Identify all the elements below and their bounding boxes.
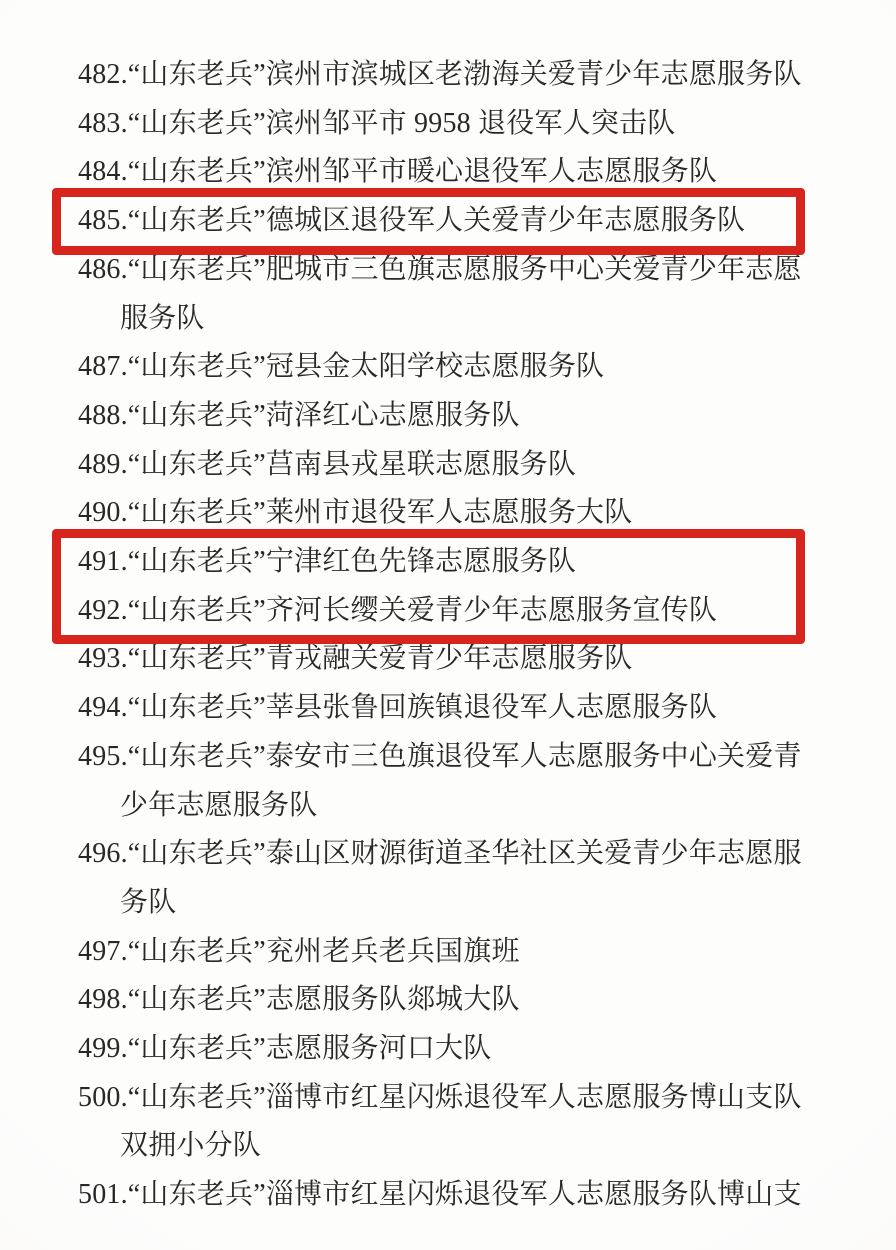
entry-line: 491.“山东老兵”宁津红色先锋志愿服务队 — [78, 538, 796, 587]
entry-continuation-line: 服务队 — [78, 295, 805, 344]
list-entry-483: 483.“山东老兵”滨州邹平市 9958 退役军人突击队 — [78, 100, 805, 149]
list-entry-496: 496.“山东老兵”泰山区财源街道圣华社区关爱青少年志愿服务队 — [78, 830, 805, 927]
entry-continuation-line: 务队 — [78, 879, 805, 928]
entry-line: 500.“山东老兵”淄博市红星闪烁退役军人志愿服务博山支队 — [78, 1074, 805, 1123]
entry-line: 485.“山东老兵”德城区退役军人关爱青少年志愿服务队 — [78, 197, 796, 246]
entry-continuation-line: 双拥小分队 — [78, 1122, 805, 1171]
entry-line: 499.“山东老兵”志愿服务河口大队 — [78, 1025, 805, 1074]
entry-line: 501.“山东老兵”淄博市红星闪烁退役军人志愿服务队博山支 — [78, 1171, 805, 1220]
entry-line: 489.“山东老兵”莒南县戎星联志愿服务队 — [78, 441, 805, 490]
entry-line: 494.“山东老兵”莘县张鲁回族镇退役军人志愿服务队 — [78, 684, 805, 733]
list-entry-494: 494.“山东老兵”莘县张鲁回族镇退役军人志愿服务队 — [78, 684, 805, 733]
list-entry-495: 495.“山东老兵”泰安市三色旗退役军人志愿服务中心关爱青少年志愿服务队 — [78, 733, 805, 830]
list-entry-500: 500.“山东老兵”淄博市红星闪烁退役军人志愿服务博山支队双拥小分队 — [78, 1074, 805, 1171]
list-entry-491: 491.“山东老兵”宁津红色先锋志愿服务队 — [78, 538, 796, 587]
entry-line: 495.“山东老兵”泰安市三色旗退役军人志愿服务中心关爱青 — [78, 733, 805, 782]
list-entry-499: 499.“山东老兵”志愿服务河口大队 — [78, 1025, 805, 1074]
list-entry-492: 492.“山东老兵”齐河长缨关爱青少年志愿服务宣传队 — [78, 587, 796, 636]
entry-line: 483.“山东老兵”滨州邹平市 9958 退役军人突击队 — [78, 100, 805, 149]
entry-line: 488.“山东老兵”菏泽红心志愿服务队 — [78, 392, 805, 441]
entry-line: 496.“山东老兵”泰山区财源街道圣华社区关爱青少年志愿服 — [78, 830, 805, 879]
entry-line: 487.“山东老兵”冠县金太阳学校志愿服务队 — [78, 343, 805, 392]
document-page: 482.“山东老兵”滨州市滨城区老渤海关爱青少年志愿服务队483.“山东老兵”滨… — [0, 0, 896, 1250]
list-entry-488: 488.“山东老兵”菏泽红心志愿服务队 — [78, 392, 805, 441]
highlight-box-2: 491.“山东老兵”宁津红色先锋志愿服务队492.“山东老兵”齐河长缨关爱青少年… — [52, 529, 805, 644]
list-entry-497: 497.“山东老兵”兖州老兵老兵国旗班 — [78, 928, 805, 977]
entry-continuation-line: 少年志愿服务队 — [78, 782, 805, 831]
list-entry-498: 498.“山东老兵”志愿服务队郯城大队 — [78, 976, 805, 1025]
entry-line: 492.“山东老兵”齐河长缨关爱青少年志愿服务宣传队 — [78, 587, 796, 636]
entry-line: 482.“山东老兵”滨州市滨城区老渤海关爱青少年志愿服务队 — [78, 51, 805, 100]
list-entry-482: 482.“山东老兵”滨州市滨城区老渤海关爱青少年志愿服务队 — [78, 51, 805, 100]
list-entry-486: 486.“山东老兵”肥城市三色旗志愿服务中心关爱青少年志愿服务队 — [78, 246, 805, 343]
team-list: 482.“山东老兵”滨州市滨城区老渤海关爱青少年志愿服务队483.“山东老兵”滨… — [0, 0, 896, 1220]
entry-line: 498.“山东老兵”志愿服务队郯城大队 — [78, 976, 805, 1025]
highlight-box-1: 485.“山东老兵”德城区退役军人关爱青少年志愿服务队 — [52, 188, 805, 255]
list-entry-489: 489.“山东老兵”莒南县戎星联志愿服务队 — [78, 441, 805, 490]
list-entry-487: 487.“山东老兵”冠县金太阳学校志愿服务队 — [78, 343, 805, 392]
list-entry-501: 501.“山东老兵”淄博市红星闪烁退役军人志愿服务队博山支 — [78, 1171, 805, 1220]
entry-line: 497.“山东老兵”兖州老兵老兵国旗班 — [78, 928, 805, 977]
list-entry-485: 485.“山东老兵”德城区退役军人关爱青少年志愿服务队 — [78, 197, 796, 246]
